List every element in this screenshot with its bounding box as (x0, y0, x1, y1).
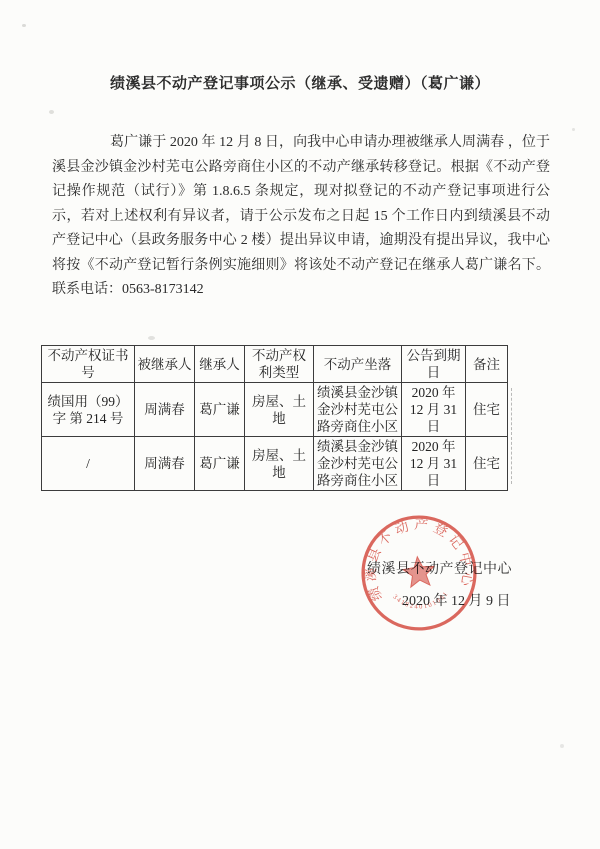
table-header-row: 不动产权证书号 被继承人 继承人 不动产权利类型 不动产坐落 公告到期日 备注 (42, 346, 508, 383)
cell-expiry-date: 2020 年 12 月 31 日 (402, 383, 466, 437)
scan-speck (560, 744, 564, 748)
notice-body: 葛广谦于 2020 年 12 月 8 日，向我中心申请办理被继承人周满春 ，位于… (52, 131, 550, 303)
cell-cert-no: 绩国用（99）字 第 214 号 (42, 383, 135, 437)
scan-line-artifact (511, 388, 512, 484)
cell-decedent: 周满春 (135, 437, 195, 491)
col-header-remark: 备注 (466, 346, 508, 383)
col-header-location: 不动产坐落 (314, 346, 402, 383)
table-row-2: / 周满春 葛广谦 房屋、土地 绩溪县金沙镇金沙村芜屯公路旁商住小区 2020 … (42, 437, 508, 491)
cell-right-type: 房屋、土地 (245, 437, 314, 491)
col-header-cert-no: 不动产权证书号 (42, 346, 135, 383)
table-row-1: 绩国用（99）字 第 214 号 周满春 葛广谦 房屋、土地 绩溪县金沙镇金沙村… (42, 383, 508, 437)
notice-line-1: 葛广谦于 2020 年 12 月 8 日，向我中心申请办理被继承人周满春 ，位于… (52, 131, 550, 156)
cell-location: 绩溪县金沙镇金沙村芜屯公路旁商住小区 (314, 437, 402, 491)
cell-heir: 葛广谦 (195, 383, 245, 437)
seal-serial-number: 3418240101061 (391, 588, 452, 614)
seal-serial-holder: 3418240101061 (391, 588, 452, 614)
cell-cert-no: / (42, 437, 135, 491)
notice-line-2: 溪县金沙镇金沙村芜屯公路旁商住小区的不动产继承转移登记。根据《不动产登 (52, 156, 550, 181)
col-header-decedent: 被继承人 (135, 346, 195, 383)
document-page: 绩溪县不动产登记事项公示（继承、受遗赠）（葛广谦） 葛广谦于 2020 年 12… (0, 0, 600, 849)
scan-speck (572, 128, 575, 131)
cell-remark: 住宅 (466, 383, 508, 437)
contact-phone-line: 联系电话：0563-8173142 (52, 278, 550, 303)
notice-line-5: 产登记中心（县政务服务中心 2 楼）提出异议申请，逾期没有提出异议，我中心 (52, 229, 550, 254)
col-header-right-type: 不动产权利类型 (245, 346, 314, 383)
cell-decedent: 周满春 (135, 383, 195, 437)
cell-expiry-date: 2020 年 12 月 31 日 (402, 437, 466, 491)
scan-speck (148, 336, 155, 340)
official-seal: 绩溪县不动产登记中心 3418240101061 (352, 506, 486, 640)
star-icon (402, 555, 436, 587)
col-header-expiry-date: 公告到期日 (402, 346, 466, 383)
cell-right-type: 房屋、土地 (245, 383, 314, 437)
notice-title: 绩溪县不动产登记事项公示（继承、受遗赠）（葛广谦） (0, 72, 600, 93)
notice-line-4: 示，若对上述权利有异议者，请于公示发布之日起 15 个工作日内到绩溪县不动 (52, 205, 550, 230)
scan-speck (22, 24, 26, 27)
notice-line-3: 记操作规范（试行）》第 1.8.6.5 条规定，现对拟登记的不动产登记事项进行公 (52, 180, 550, 205)
scan-speck (49, 110, 54, 114)
cell-remark: 住宅 (466, 437, 508, 491)
cell-location: 绩溪县金沙镇金沙村芜屯公路旁商住小区 (314, 383, 402, 437)
cell-heir: 葛广谦 (195, 437, 245, 491)
notice-line-6: 将按《不动产登记暂行条例实施细则》将该处不动产登记在继承人葛广谦名下。 (52, 254, 550, 279)
registration-table: 不动产权证书号 被继承人 继承人 不动产权利类型 不动产坐落 公告到期日 备注 … (41, 345, 508, 491)
col-header-heir: 继承人 (195, 346, 245, 383)
